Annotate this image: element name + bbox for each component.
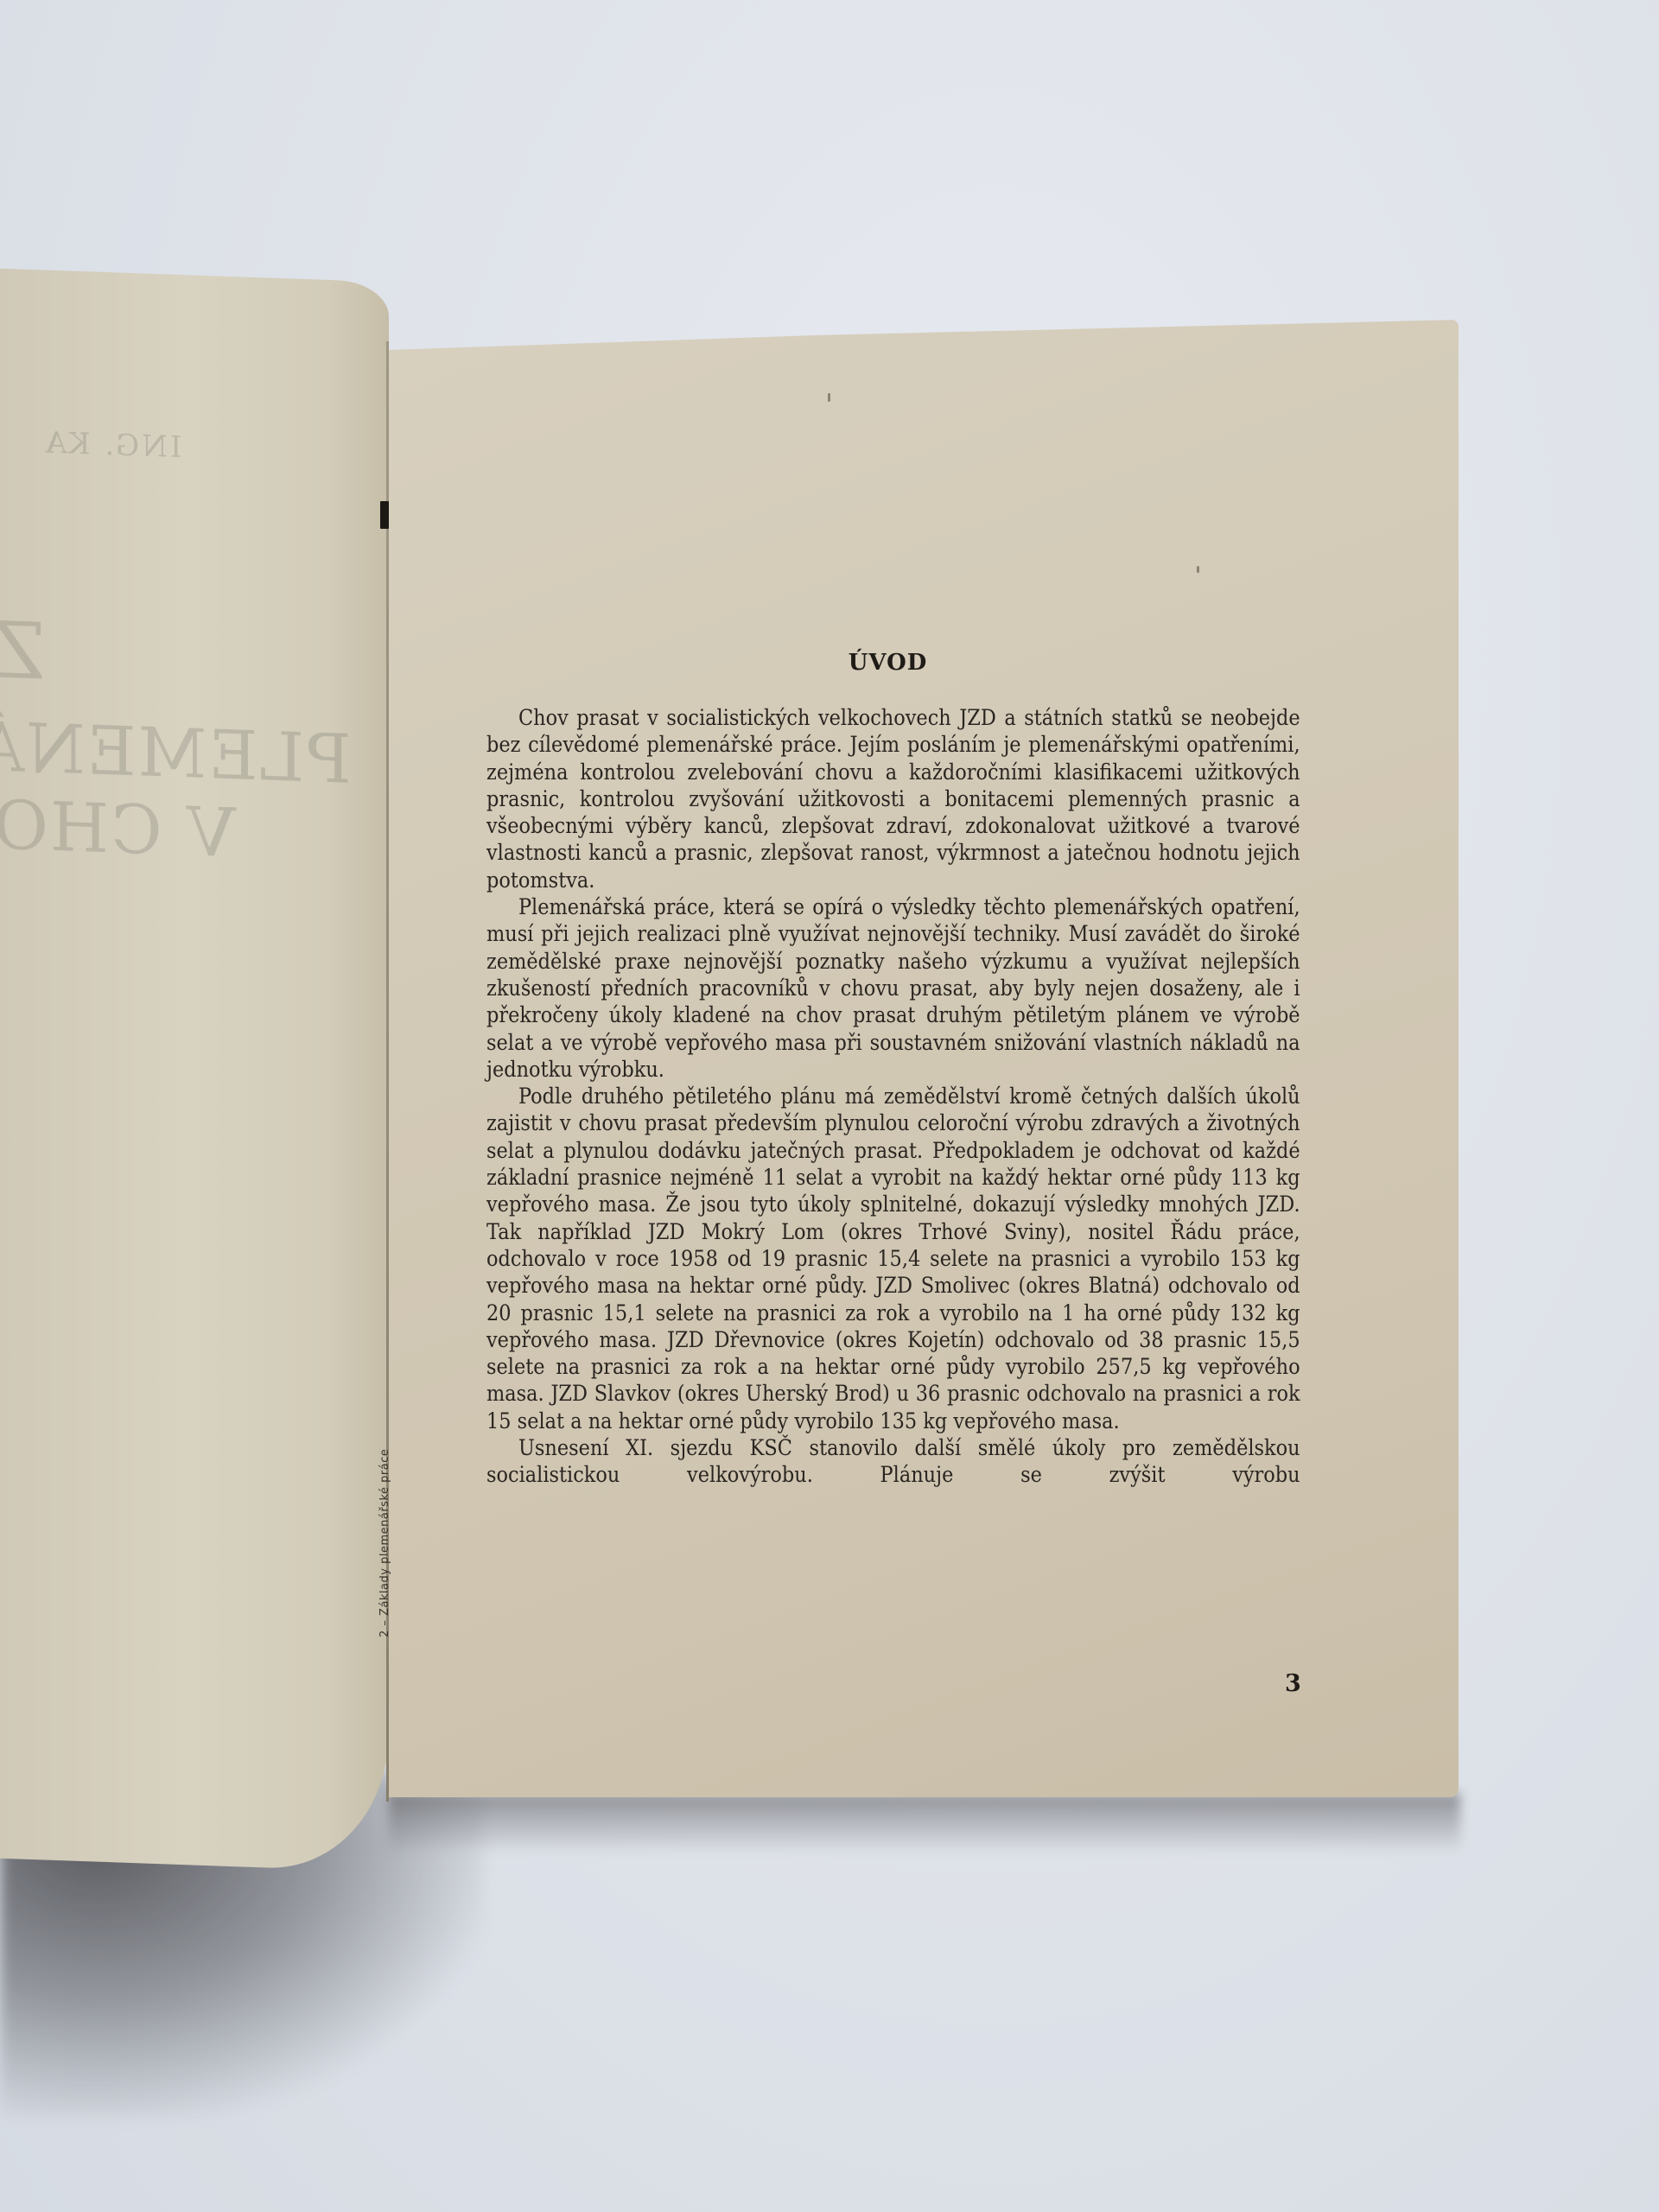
paper-speck (828, 393, 830, 402)
paper-speck (1197, 566, 1199, 573)
show-through-text: PLEMENÁ (0, 709, 352, 799)
body-text: Chov prasat v socialistických velkochove… (486, 705, 1300, 1490)
show-through-text: Z (0, 605, 46, 697)
paragraph: Plemenářská práce, která se opírá o výsl… (486, 894, 1300, 1084)
book-shadow-right (389, 1793, 1460, 1853)
paragraph: Podle druhého pětiletého plánu má zemědě… (486, 1084, 1300, 1435)
show-through-text: ING. KA (43, 425, 181, 465)
page-number: 3 (1285, 1670, 1301, 1697)
show-through-text: V CHO (0, 786, 236, 873)
paragraph: Usnesení XI. sjezdu KSČ stanovilo další … (486, 1435, 1300, 1490)
paragraph: Chov prasat v socialistických velkochove… (486, 705, 1300, 894)
page-title: ÚVOD (389, 650, 1387, 676)
signature-mark: 2 – Základy plemenářské práce (378, 1449, 391, 1637)
left-page: ING. KA Z PLEMENÁ V CHO (0, 268, 389, 1872)
staple-icon (380, 501, 389, 529)
